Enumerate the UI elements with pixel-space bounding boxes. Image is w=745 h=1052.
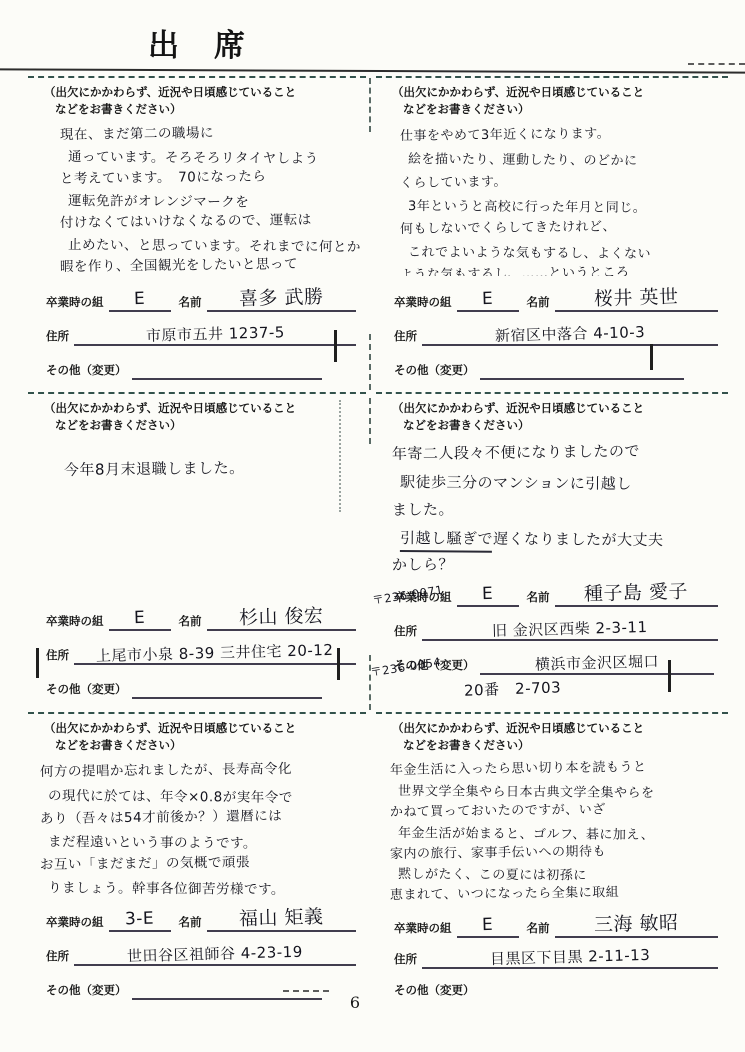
page-title: 出 席 bbox=[148, 20, 247, 65]
handwritten-line: 今年8月末退職しました。 bbox=[64, 455, 360, 483]
class-name-row: 卒業時の組 E 名前 三海 敏昭 bbox=[394, 915, 718, 938]
response-card: （出欠にかかわらず、近況や日頃感じていること などをお書きください） 仕事をやめ… bbox=[376, 76, 728, 392]
other-row: その他（変更） bbox=[46, 678, 356, 699]
form-fields: 卒業時の組 E 名前 喜多 武勝 住所 市原市五井 1237-5 その他（変更） bbox=[34, 276, 360, 384]
handwritten-line: 何方の提唱か忘れましたが、長寿高令化 bbox=[40, 757, 358, 784]
address-value: 世田谷区祖師谷 4-23-19 bbox=[124, 945, 306, 967]
name-value: 杉山 俊宏 bbox=[236, 607, 327, 630]
handwritten-line: 何もしないでくらしてきたけれど、 bbox=[400, 214, 720, 241]
class-value: E bbox=[131, 610, 149, 629]
address-label: 住所 bbox=[394, 623, 422, 641]
prompt-line2: などをお書きください） bbox=[44, 102, 360, 119]
address-label: 住所 bbox=[46, 328, 74, 346]
handwritten-message: 年金生活に入ったら思い切り本を読もうと 世界文学全集やら日本古典文学全集やらを … bbox=[382, 754, 722, 905]
form-fields: 卒業時の組 E 名前 桜井 英世 住所 新宿区中落合 4-10-3 その他（変更… bbox=[382, 276, 722, 384]
handwritten-line: あり（吾々は54才前後か？）還暦には bbox=[40, 804, 358, 831]
class-name-row: 卒業時の組 3-E 名前 福山 矩義 bbox=[46, 909, 356, 932]
other-label: その他（変更） bbox=[394, 362, 480, 380]
name-value: 種子島 愛子 bbox=[581, 583, 692, 607]
handwritten-line: 年金生活に入ったら思い切り本を読もうと bbox=[390, 757, 720, 782]
other-label: その他（変更） bbox=[46, 982, 132, 1000]
class-field: E bbox=[109, 291, 171, 312]
handwritten-line: くらしています。 bbox=[400, 168, 720, 195]
response-card: （出欠にかかわらず、近況や日頃感じていること などをお書きください） 何方の提唱… bbox=[28, 712, 366, 1012]
prompt-line2: などをお書きください） bbox=[392, 102, 722, 119]
address-value: 市原市五井 1237-5 bbox=[142, 325, 287, 346]
prompt-text: （出欠にかかわらず、近況や日頃感じていること などをお書きください） bbox=[34, 398, 360, 434]
name-value: 福山 矩義 bbox=[236, 908, 327, 931]
cut-mark bbox=[668, 660, 671, 692]
prompt-line1: （出欠にかかわらず、近況や日頃感じていること bbox=[44, 401, 360, 418]
handwritten-line: かしら？ bbox=[392, 548, 720, 571]
handwritten-message: 年寄二人段々不便になりましたので 駅徒歩三分のマンションに引越し ました。 引越… bbox=[382, 434, 722, 571]
handwritten-line: 恵まれて、いつになったら全集に取組 bbox=[390, 882, 720, 905]
separator-dash bbox=[688, 63, 745, 65]
class-label: 卒業時の組 bbox=[394, 920, 457, 938]
separator-dash bbox=[283, 990, 329, 992]
address-label: 住所 bbox=[394, 951, 422, 969]
name-field: 種子島 愛子 bbox=[555, 584, 719, 607]
handwritten-line: りましょう。幹事各位御苦労様です。 bbox=[48, 877, 358, 896]
name-label: 名前 bbox=[519, 920, 555, 938]
address-value: 旧 金沢区西柴 2-3-11 bbox=[489, 620, 651, 641]
other-value bbox=[224, 696, 230, 697]
form-fields: 卒業時の組 3-E 名前 福山 矩義 住所 世田谷区祖師谷 4-23-19 その… bbox=[34, 896, 360, 1004]
address-row: 住所 上尾市小泉 8-39 三井住宅 20-12 bbox=[46, 644, 356, 665]
class-field: E bbox=[109, 610, 171, 631]
address-field: 新宿区中落合 4-10-3 bbox=[422, 325, 718, 346]
handwritten-line: 年寄二人段々不便になりましたので bbox=[392, 437, 720, 469]
prompt-text: （出欠にかかわらず、近況や日頃感じていること などをお書きください） bbox=[34, 718, 360, 754]
other-row: その他（変更） bbox=[46, 359, 356, 380]
class-label: 卒業時の組 bbox=[394, 294, 457, 312]
name-label: 名前 bbox=[171, 613, 207, 631]
class-label: 卒業時の組 bbox=[46, 613, 109, 631]
handwritten-line: 現在、まだ第二の職場に bbox=[60, 122, 358, 147]
name-value: 三海 敏昭 bbox=[591, 914, 682, 937]
address-row: 住所 目黒区下目黒 2-11-13 bbox=[394, 948, 718, 969]
name-value: 喜多 武勝 bbox=[236, 288, 327, 311]
name-label: 名前 bbox=[519, 294, 555, 312]
prompt-text: （出欠にかかわらず、近況や日頃感じていること などをお書きください） bbox=[382, 398, 722, 434]
prompt-line2: などをお書きください） bbox=[392, 418, 722, 435]
address-row: 住所 市原市五井 1237-5 bbox=[46, 325, 356, 346]
address-field: 目黒区下目黒 2-11-13 bbox=[422, 948, 718, 969]
class-field: E bbox=[457, 917, 519, 938]
address-value: 新宿区中落合 4-10-3 bbox=[492, 325, 649, 346]
class-value: E bbox=[131, 291, 149, 310]
response-card: （出欠にかかわらず、近況や日頃感じていること などをお書きください） 現在、まだ… bbox=[28, 76, 366, 392]
other-label: その他（変更） bbox=[46, 681, 132, 699]
other-value bbox=[579, 999, 585, 1000]
other-field bbox=[480, 359, 685, 380]
class-field: 3-E bbox=[109, 911, 171, 932]
address-label: 住所 bbox=[46, 647, 74, 665]
prompt-line2: などをお書きください） bbox=[44, 418, 360, 435]
address-value: 上尾市小泉 8-39 三井住宅 20-12 bbox=[93, 643, 337, 666]
prompt-text: （出欠にかかわらず、近況や日頃感じていること などをお書きください） bbox=[382, 82, 722, 118]
other-row: その他（変更） bbox=[394, 359, 718, 380]
form-fields: 卒業時の組 E 名前 三海 敏昭 住所 目黒区下目黒 2-11-13 その他（変… bbox=[382, 905, 722, 1004]
other-value bbox=[579, 377, 585, 378]
name-label: 名前 bbox=[171, 294, 207, 312]
handwritten-message: 何方の提唱か忘れましたが、長寿高令化 の現代に於ては、年令×0.8が実年令で あ… bbox=[34, 754, 360, 896]
class-field: E bbox=[457, 291, 519, 312]
handwritten-line: と考えています。 70になったら bbox=[60, 165, 358, 190]
prompt-line1: （出欠にかかわらず、近況や日頃感じていること bbox=[392, 85, 722, 102]
class-label: 卒業時の組 bbox=[46, 914, 109, 932]
other-value bbox=[224, 997, 230, 998]
name-field: 桜井 英世 bbox=[555, 289, 719, 312]
other-field: 横浜市金沢区堀口 bbox=[480, 654, 715, 675]
other-value-line2: 20番 2-703 bbox=[464, 676, 562, 700]
handwritten-line: 付けなくてはいけなくなるので、運転は bbox=[60, 209, 358, 234]
prompt-line1: （出欠にかかわらず、近況や日頃感じていること bbox=[44, 85, 360, 102]
class-name-row: 卒業時の組 E 名前 桜井 英世 bbox=[394, 289, 718, 312]
response-card: （出欠にかかわらず、近況や日頃感じていること などをお書きください） 年金生活に… bbox=[376, 712, 728, 1012]
column-divider-dash bbox=[369, 334, 371, 390]
column-divider-dash bbox=[369, 78, 371, 132]
horizontal-rule bbox=[0, 68, 745, 73]
cut-mark bbox=[334, 330, 337, 362]
address-row: 住所 旧 金沢区西柴 2-3-11 bbox=[394, 620, 718, 641]
handwritten-line: 仕事をやめて3年近くになります。 bbox=[400, 121, 720, 148]
response-card: （出欠にかかわらず、近況や日頃感じていること などをお書きください） 年寄二人段… bbox=[376, 392, 728, 711]
handwritten-message: 今年8月末退職しました。 bbox=[34, 434, 360, 595]
address-field: 上尾市小泉 8-39 三井住宅 20-12 bbox=[74, 644, 356, 665]
class-label: 卒業時の組 bbox=[46, 294, 109, 312]
class-value: 3-E bbox=[122, 911, 158, 931]
address-field: 旧 金沢区西柴 2-3-11 bbox=[422, 620, 718, 641]
handwritten-line: ような気もするし、……というところ bbox=[400, 260, 720, 276]
prompt-line2: などをお書きください） bbox=[44, 738, 360, 755]
column-divider-dots bbox=[339, 400, 341, 512]
prompt-text: （出欠にかかわらず、近況や日頃感じていること などをお書きください） bbox=[34, 82, 360, 118]
handwritten-message: 仕事をやめて3年近くになります。 絵を描いたり、運動したり、のどかに くらしてい… bbox=[382, 118, 722, 276]
class-value: E bbox=[479, 917, 497, 936]
other-value bbox=[224, 377, 230, 378]
form-fields: 卒業時の組 E 名前 杉山 俊宏 住所 上尾市小泉 8-39 三井住宅 20-1… bbox=[34, 595, 360, 703]
other-label: その他（変更） bbox=[394, 982, 480, 1000]
handwritten-message: 現在、まだ第二の職場に 通っています。そろそろリタイヤしよう と考えています。 … bbox=[34, 118, 360, 276]
address-label: 住所 bbox=[394, 328, 422, 346]
response-card: （出欠にかかわらず、近況や日頃感じていること などをお書きください） 今年8月末… bbox=[28, 392, 366, 711]
prompt-line2: などをお書きください） bbox=[392, 738, 722, 755]
column-divider-dash bbox=[369, 655, 371, 710]
cut-mark bbox=[36, 648, 39, 678]
address-field: 市原市五井 1237-5 bbox=[74, 325, 356, 346]
other-field bbox=[480, 979, 685, 1000]
class-field: E bbox=[457, 586, 519, 607]
page-number: 6 bbox=[340, 993, 370, 1012]
class-value: E bbox=[479, 586, 497, 605]
column-divider-dash bbox=[369, 398, 371, 444]
address-row: 住所 新宿区中落合 4-10-3 bbox=[394, 325, 718, 346]
other-field bbox=[132, 678, 323, 699]
name-field: 喜多 武勝 bbox=[207, 289, 357, 312]
name-field: 三海 敏昭 bbox=[555, 915, 719, 938]
form-fields: 〒236-0071 〒236-0054 卒業時の組 E 名前 種子島 愛子 住所… bbox=[382, 571, 722, 703]
name-value: 桜井 英世 bbox=[591, 288, 682, 311]
cut-mark bbox=[650, 344, 653, 370]
prompt-line1: （出欠にかかわらず、近況や日頃感じていること bbox=[392, 721, 722, 738]
other-field bbox=[132, 359, 323, 380]
class-name-row: 卒業時の組 E 名前 杉山 俊宏 bbox=[46, 608, 356, 631]
class-value: E bbox=[479, 291, 497, 310]
address-field: 世田谷区祖師谷 4-23-19 bbox=[74, 945, 356, 966]
name-field: 杉山 俊宏 bbox=[207, 608, 357, 631]
prompt-line1: （出欠にかかわらず、近況や日頃感じていること bbox=[44, 721, 360, 738]
handwritten-line: かねて買っておいたのですが、いざ bbox=[390, 799, 720, 824]
cut-mark bbox=[337, 648, 340, 680]
name-field: 福山 矩義 bbox=[207, 909, 357, 932]
scanned-attendance-page: 出 席 （出欠にかかわらず、近況や日頃感じていること などをお書きください） 現… bbox=[0, 0, 745, 1052]
handwritten-line: 家内の旅行、家事手伝いへの期待も bbox=[390, 841, 720, 866]
address-label: 住所 bbox=[46, 948, 74, 966]
other-value: 横浜市金沢区堀口 bbox=[532, 655, 662, 675]
prompt-text: （出欠にかかわらず、近況や日頃感じていること などをお書きください） bbox=[382, 718, 722, 754]
address-value: 目黒区下目黒 2-11-13 bbox=[487, 948, 654, 969]
other-label: その他（変更） bbox=[46, 362, 132, 380]
other-row: その他（変更） bbox=[394, 979, 718, 1000]
address-row: 住所 世田谷区祖師谷 4-23-19 bbox=[46, 945, 356, 966]
name-label: 名前 bbox=[519, 589, 555, 607]
name-label: 名前 bbox=[171, 914, 207, 932]
class-name-row: 卒業時の組 E 名前 喜多 武勝 bbox=[46, 289, 356, 312]
handwritten-line: お互い「まだまだ」の気概で頑張 bbox=[40, 850, 358, 877]
handwritten-line: ました。 bbox=[392, 493, 720, 525]
prompt-line1: （出欠にかかわらず、近況や日頃感じていること bbox=[392, 401, 722, 418]
handwritten-line: 暇を作り、全国観光をしたいと思って bbox=[60, 253, 358, 276]
